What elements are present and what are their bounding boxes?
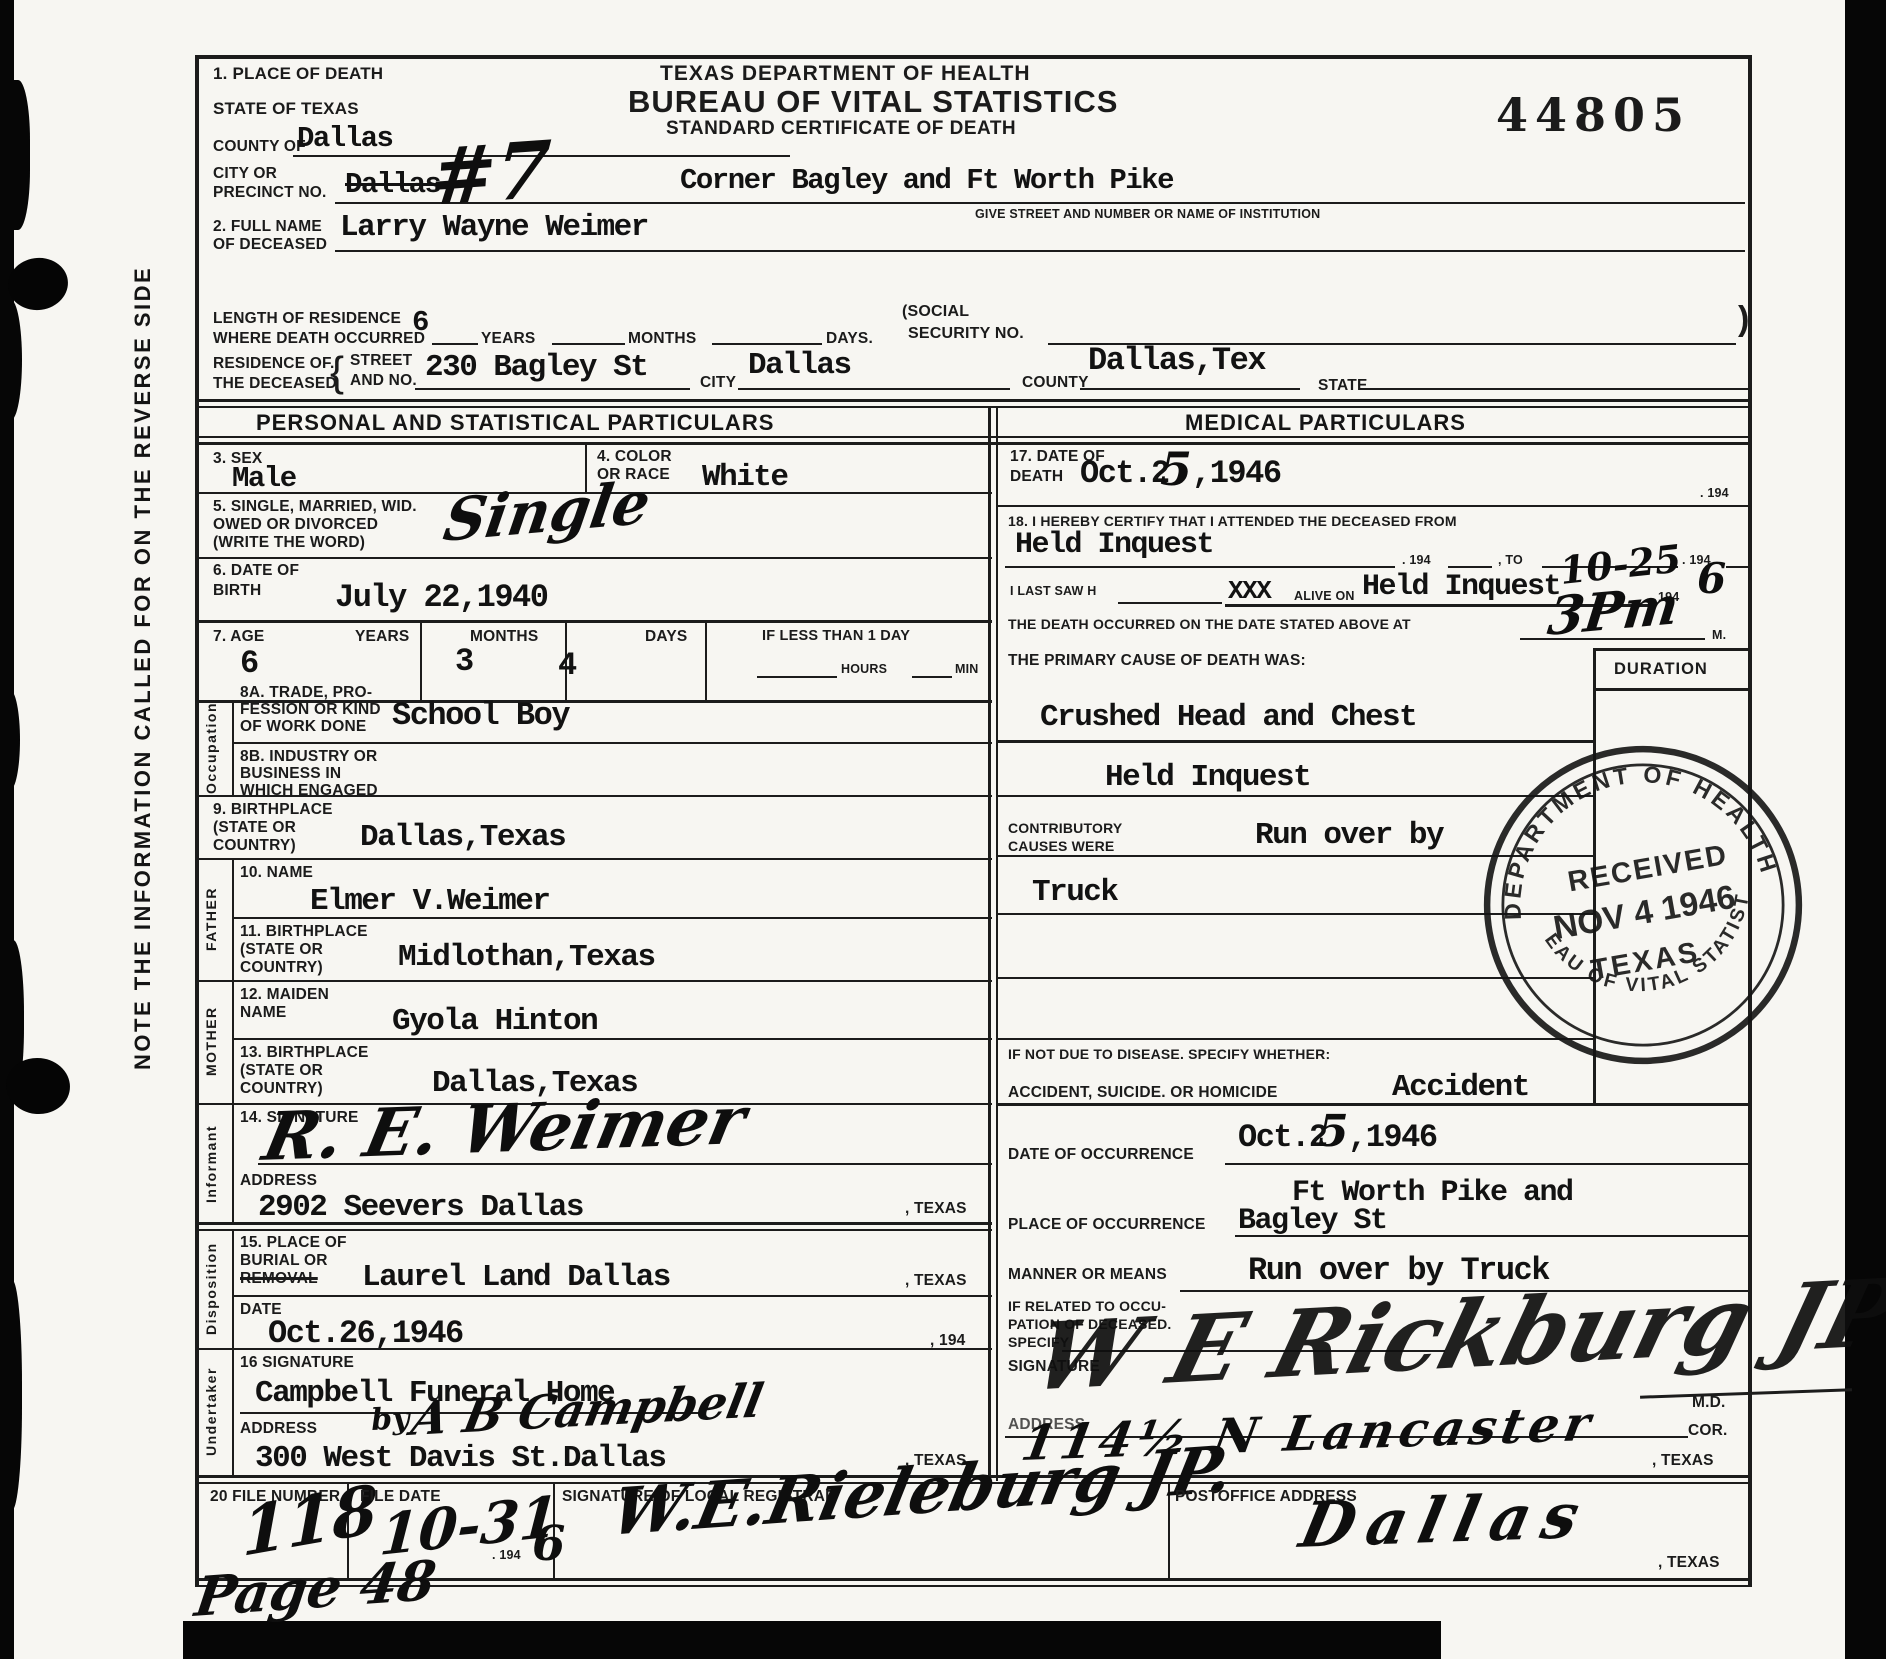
rule xyxy=(195,436,1752,438)
age-label: 7. AGE xyxy=(213,628,264,646)
trade-label-1: 8A. TRADE, PRO- xyxy=(240,684,372,702)
death-place-street-value: Corner Bagley and Ft Worth Pike xyxy=(680,166,1173,195)
rule xyxy=(232,1038,992,1040)
date-occurrence-b: ,1946 xyxy=(1348,1122,1437,1154)
duration-label: DURATION xyxy=(1614,660,1708,679)
rule xyxy=(195,1229,992,1231)
dod-value-b: ,1946 xyxy=(1192,458,1281,490)
dept-of-health-title: TEXAS DEPARTMENT OF HEALTH xyxy=(660,62,1031,86)
rule xyxy=(232,1295,992,1297)
informant-address-value: 2902 Seevers Dallas xyxy=(258,1192,583,1223)
page-number-hand: Page 48 xyxy=(192,1553,439,1624)
rule xyxy=(996,740,1596,743)
rule xyxy=(996,406,998,1481)
rule xyxy=(738,388,1010,390)
maiden-label-2: NAME xyxy=(240,1004,286,1022)
left-edge-blob xyxy=(0,80,30,230)
dod-overwritten-5: 5 xyxy=(1160,446,1192,492)
by-handwritten: by xyxy=(370,1404,410,1436)
last-saw-value: Held Inquest xyxy=(1362,572,1560,602)
county-value: Dallas xyxy=(297,124,392,153)
personal-section-header: PERSONAL AND STATISTICAL PARTICULARS xyxy=(256,412,774,434)
fullname-value: Larry Wayne Weimer xyxy=(340,212,648,243)
attended-value: Held Inquest xyxy=(1015,530,1213,560)
dob-value: July 22,1940 xyxy=(335,582,547,614)
rule xyxy=(1726,566,1748,568)
informant-address-label: ADDRESS xyxy=(240,1172,317,1190)
fullname-label-1: 2. FULL NAME xyxy=(213,218,322,236)
birthplace-label-3: COUNTRY) xyxy=(213,837,296,855)
trade-label-3: OF WORK DONE xyxy=(240,718,366,736)
primary-cause-value: Crushed Head and Chest xyxy=(1040,702,1416,733)
rule xyxy=(232,700,234,795)
industry-label-1: 8B. INDUSTRY OR xyxy=(240,748,377,766)
registrar-signature: W.E.Rieleburg JP. xyxy=(606,1438,1239,1546)
rule xyxy=(232,980,234,1103)
marital-label-2: OWED OR DIVORCED xyxy=(213,516,378,534)
maiden-value: Gyola Hinton xyxy=(392,1006,597,1037)
fullname-label-2: OF DECEASED xyxy=(213,236,327,254)
texas-suffix: , TEXAS xyxy=(905,1200,967,1218)
color-value: White xyxy=(702,462,788,493)
standard-certificate-title: STANDARD CERTIFICATE OF DEATH xyxy=(666,118,1016,140)
residence-years-value: 6 xyxy=(412,308,428,337)
residence-of-label-2: THE DECEASED xyxy=(213,375,337,393)
file-date-year-hand: 6 xyxy=(532,1520,565,1568)
medical-section-header: MEDICAL PARTICULARS xyxy=(1185,412,1466,434)
rule xyxy=(432,343,478,345)
birthplace-value: Dallas,Texas xyxy=(360,822,565,853)
year-6-hand: 6 xyxy=(1697,558,1726,600)
undertaker-side-label: Undertaker xyxy=(203,1348,219,1475)
right-scan-edge xyxy=(1845,0,1886,1659)
rule xyxy=(996,505,1752,507)
state-field-label: STATE xyxy=(1318,377,1368,395)
year-stub: , 194 xyxy=(930,1332,965,1350)
father-name-value: Elmer V.Weimer xyxy=(310,886,549,917)
rule xyxy=(195,55,1752,59)
dob-label-2: BIRTH xyxy=(213,582,261,600)
rule xyxy=(195,406,1752,408)
primary-cause-label: THE PRIMARY CAUSE OF DEATH WAS: xyxy=(1008,652,1306,670)
undertaker-address-value: 300 West Davis St.Dallas xyxy=(255,1443,665,1474)
residence-of-label-1: RESIDENCE OF. xyxy=(213,355,334,373)
year-stub: . 194 xyxy=(1700,486,1729,500)
city-struck-value: Dallas xyxy=(345,170,440,199)
place-occurrence-label: PLACE OF OCCURRENCE xyxy=(1008,1216,1206,1234)
rule xyxy=(195,442,1752,445)
industry-label-3: WHICH ENGAGED xyxy=(240,782,378,800)
days-label: DAYS. xyxy=(826,330,873,348)
city-field-label: CITY xyxy=(700,374,736,392)
burial-date-value: Oct.26,1946 xyxy=(268,1318,463,1350)
undertaker-address-label: ADDRESS xyxy=(240,1420,317,1438)
contributory-label-2: CAUSES WERE xyxy=(1008,838,1114,854)
social-label-1: (SOCIAL xyxy=(902,303,969,321)
rule xyxy=(195,980,992,982)
rule xyxy=(195,620,992,623)
birthplace-label-1: 9. BIRTHPLACE xyxy=(213,801,333,819)
dod-label-2: DEATH xyxy=(1010,468,1063,486)
trade-label-2: FESSION OR KIND xyxy=(240,701,381,719)
texas-suffix: , TEXAS xyxy=(1652,1452,1714,1470)
rule xyxy=(912,676,952,678)
age-months-label: MONTHS xyxy=(470,628,538,646)
rule xyxy=(335,250,1745,252)
rule xyxy=(1118,602,1222,604)
dod-value-a: Oct.2 xyxy=(1080,458,1169,490)
physician-signature: W E Rickburg JP xyxy=(1025,1266,1886,1404)
rule xyxy=(415,388,690,390)
rule xyxy=(420,623,422,700)
precinct-handwritten: #7 xyxy=(428,131,553,218)
father-name-label: 10. NAME xyxy=(240,864,313,882)
md-label: M.D. xyxy=(1692,1394,1726,1412)
year-stub: . 194 xyxy=(1402,553,1431,567)
give-street-note: GIVE STREET AND NUMBER OR NAME OF INSTIT… xyxy=(975,207,1320,221)
age-days-label: DAYS xyxy=(645,628,687,646)
date-occurrence-label: DATE OF OCCURRENCE xyxy=(1008,1146,1194,1164)
rule xyxy=(996,1103,1752,1106)
father-bp-value: Midlothan,Texas xyxy=(398,942,655,973)
county2-value: Dallas,Tex xyxy=(1088,345,1265,377)
age-days-value: 4 xyxy=(558,650,576,682)
rule xyxy=(757,676,837,678)
to-label: , TO xyxy=(1498,553,1523,567)
rule xyxy=(1360,388,1748,390)
min-label: MIN xyxy=(955,662,979,676)
city-value: Dallas xyxy=(748,350,851,381)
marital-label-1: 5. SINGLE, MARRIED, WID. xyxy=(213,498,417,516)
mother-bp-label-2: (STATE OR xyxy=(240,1062,323,1080)
received-stamp: DEPARTMENT OF HEALTH BUREAU OF VITAL STA… xyxy=(1450,712,1837,1099)
occupation-side-label: Occupation xyxy=(203,700,219,795)
color-label-1: 4. COLOR xyxy=(597,448,672,466)
brace: { xyxy=(330,348,344,396)
manner-means-label: MANNER OR MEANS xyxy=(1008,1266,1167,1284)
death-occurred-label: THE DEATH OCCURRED ON THE DATE STATED AB… xyxy=(1008,616,1411,632)
date-occurrence-a: Oct.2 xyxy=(1238,1122,1327,1154)
age-years-value: 6 xyxy=(240,648,258,680)
certificate-number: 44805 xyxy=(1496,88,1691,142)
texas-suffix: , TEXAS xyxy=(1658,1554,1720,1572)
trade-value: School Boy xyxy=(392,700,569,732)
hours-label: HOURS xyxy=(841,662,887,676)
age-months-value: 3 xyxy=(455,646,473,678)
rule xyxy=(1080,388,1300,390)
street-label-2: AND NO. xyxy=(350,372,417,390)
year-stub: . 194 xyxy=(492,1548,521,1562)
left-edge-blob xyxy=(0,300,22,420)
residence-length-label-2: WHERE DEATH OCCURRED xyxy=(213,330,425,348)
burial-struck-word: REMOVAL xyxy=(240,1270,318,1288)
rule xyxy=(1593,648,1752,651)
certify-label: 18. I HEREBY CERTIFY THAT I ATTENDED THE… xyxy=(1008,513,1457,529)
city-label-2: PRECINCT NO. xyxy=(213,184,327,202)
reverse-side-note: NOTE THE INFORMATION CALLED FOR ON THE R… xyxy=(130,300,156,1070)
informant-side-label: Informant xyxy=(203,1103,219,1225)
burial-label-2: BURIAL OR xyxy=(240,1252,328,1270)
street-value: 230 Bagley St xyxy=(425,352,647,383)
alive-on-label: ALIVE ON xyxy=(1294,589,1355,603)
place-occurrence-2: Bagley St xyxy=(1238,1206,1387,1236)
rule xyxy=(705,623,707,700)
bureau-title: BUREAU OF VITAL STATISTICS xyxy=(628,84,1118,120)
rule xyxy=(232,1229,234,1348)
cor-label: COR. xyxy=(1688,1422,1728,1440)
rule xyxy=(195,858,992,860)
dob-label-1: 6. DATE OF xyxy=(213,562,299,580)
secondary-cause-value: Held Inquest xyxy=(1105,762,1310,793)
left-edge-blob xyxy=(0,690,20,790)
burial-label-1: 15. PLACE OF xyxy=(240,1234,347,1252)
burial-place-value: Laurel Land Dallas xyxy=(362,1262,670,1293)
father-bp-label-2: (STATE OR xyxy=(240,941,323,959)
if-not-disease-label: IF NOT DUE TO DISEASE. SPECIFY WHETHER: xyxy=(1008,1046,1330,1062)
rule xyxy=(1593,688,1752,691)
rule xyxy=(195,399,1752,402)
place-of-death-label: 1. PLACE OF DEATH xyxy=(213,64,383,84)
rule xyxy=(232,742,992,744)
rule xyxy=(232,858,234,980)
father-side-label: FATHER xyxy=(203,858,219,980)
rule xyxy=(1448,566,1492,568)
postoffice-value: Dallas xyxy=(1295,1484,1596,1557)
rule xyxy=(195,557,992,559)
close-paren: ) xyxy=(1738,300,1750,339)
if-less-label: IF LESS THAN 1 DAY xyxy=(762,628,910,645)
rule xyxy=(552,343,625,345)
social-label-2: SECURITY NO. xyxy=(908,325,1024,343)
rule xyxy=(195,55,199,1587)
rule xyxy=(232,1348,234,1475)
signature16-label: 16 SIGNATURE xyxy=(240,1354,354,1372)
mother-side-label: MOTHER xyxy=(203,980,219,1103)
birthplace-label-2: (STATE OR xyxy=(213,819,296,837)
rule xyxy=(988,406,991,1481)
rule xyxy=(712,343,822,345)
state-of-texas-label: STATE OF TEXAS xyxy=(213,99,359,119)
accident-suicide-label: ACCIDENT, SUICIDE. OR HOMICIDE xyxy=(1008,1084,1278,1102)
industry-label-2: BUSINESS IN xyxy=(240,765,341,783)
county-field-label: COUNTY xyxy=(1022,374,1089,392)
rule xyxy=(232,1103,234,1225)
bottom-scan-bar xyxy=(183,1621,1441,1659)
xxx-typed: XXX xyxy=(1228,578,1270,604)
sex-value: Male xyxy=(232,464,296,493)
years-label: YEARS xyxy=(481,330,535,348)
street-label-1: STREET xyxy=(350,352,412,370)
informant-signature: R. E. Weimer xyxy=(258,1087,751,1170)
residence-length-label-1: LENGTH OF RESIDENCE xyxy=(213,310,401,328)
age-years-label: YEARS xyxy=(355,628,409,646)
rule xyxy=(1005,566,1395,568)
city-label-1: CITY OR xyxy=(213,165,277,183)
mother-bp-label-1: 13. BIRTHPLACE xyxy=(240,1044,369,1062)
disposition-side-label: Disposition xyxy=(203,1229,219,1348)
father-bp-label-1: 11. BIRTHPLACE xyxy=(240,923,368,941)
contributory-value-1: Run over by xyxy=(1255,820,1443,851)
time-of-death-hand: 3Pm xyxy=(1545,580,1681,644)
contributory-value-2: Truck xyxy=(1032,877,1118,908)
father-bp-label-3: COUNTRY) xyxy=(240,959,323,977)
texas-suffix: , TEXAS xyxy=(905,1272,967,1290)
rule xyxy=(1225,1163,1748,1165)
m-label: M. xyxy=(1712,628,1726,642)
months-label: MONTHS xyxy=(628,330,696,348)
left-edge-blob xyxy=(0,1280,22,1510)
date-occurrence-5: 5 xyxy=(1318,1110,1349,1154)
marital-handwritten: Single xyxy=(440,473,654,550)
maiden-label-1: 12. MAIDEN xyxy=(240,986,329,1004)
contributory-label-1: CONTRIBUTORY xyxy=(1008,820,1122,836)
county-label: COUNTY OF xyxy=(213,138,306,156)
rule xyxy=(1640,1388,1852,1398)
marital-label-3: (WRITE THE WORD) xyxy=(213,534,365,552)
last-saw-label: I LAST SAW H xyxy=(1010,584,1096,598)
death-certificate-scan: NOTE THE INFORMATION CALLED FOR ON THE R… xyxy=(0,0,1886,1659)
